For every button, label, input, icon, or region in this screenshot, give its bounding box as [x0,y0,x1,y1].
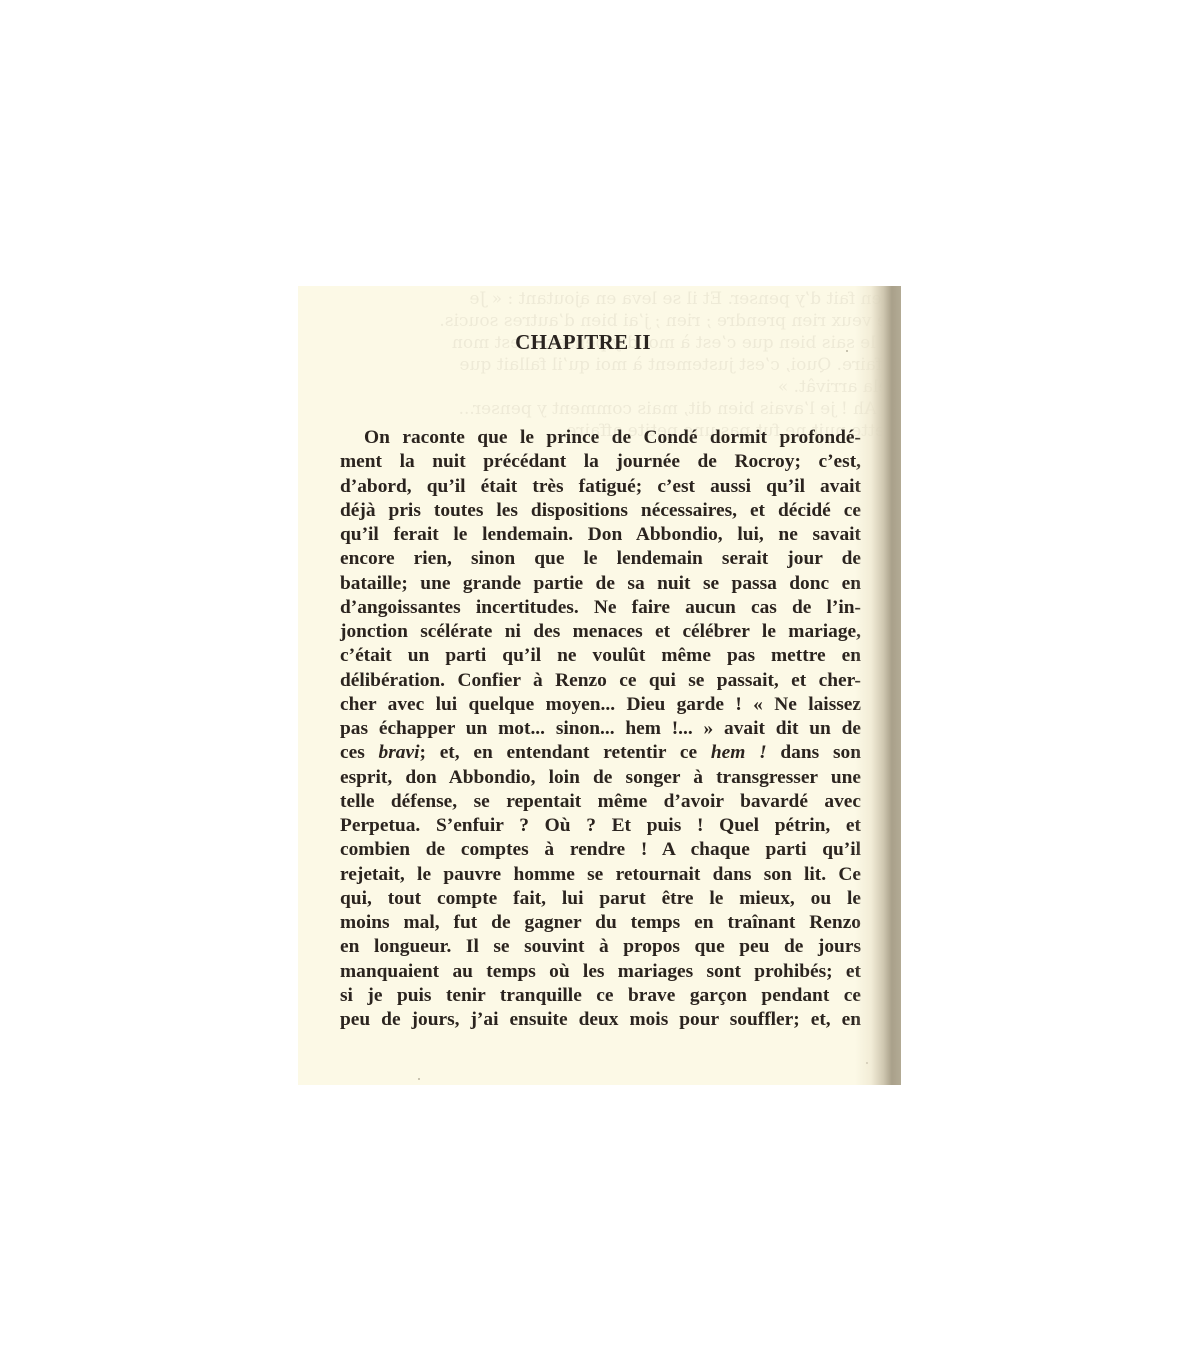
text-line: encore rien, sinon que le lendemain sera… [340,547,861,571]
book-page: bien fait d’y penser. Et il se leva en a… [298,286,901,1085]
show-through-line: bien fait d’y penser. Et il se leva en a… [469,289,898,309]
text-line: Perpetua. S’enfuir ? Où ? Et puis ! Quel… [340,814,861,838]
text-line: délibération. Confier à Renzo ce qui se … [340,669,861,693]
text-line: cher avec lui quelque moyen... Dieu gard… [340,693,861,717]
show-through-line: affaire. Quoi, c’est justement à moi qu’… [459,355,898,375]
page-edge-shadow [855,286,901,1085]
text-line: en longueur. Il se souvint à propos que … [340,935,861,959]
text-line: manquaient au temps où les mariages sont… [340,960,861,984]
text-line: si je puis tenir tranquille ce brave gar… [340,984,861,1008]
text-line: ment la nuit précédant la journée de Roc… [340,450,861,474]
text-line: combien de comptes à rendre ! A chaque p… [340,838,861,862]
text-line: moins mal, fut de gagner du temps en tra… [340,911,861,935]
text-line: On raconte que le prince de Condé dormit… [340,426,861,450]
text-line: qu’il ferait le lendemain. Don Abbondio,… [340,523,861,547]
text-line: telle défense, se repentait même d’avoir… [340,790,861,814]
italic-word: hem ! [711,742,767,763]
show-through-text: bien fait d’y penser. Et il se leva en a… [338,288,898,442]
text-line: rejetait, le pauvre homme se retournait … [340,863,861,887]
text-fragment: ; et, en entendant retentir ce [419,742,710,763]
text-line: déjà pris toutes les dispositions nécess… [340,499,861,523]
text-line: bataille; une grande partie de sa nuit s… [340,572,861,596]
text-line-with-italics: ces bravi; et, en entendant retentir ce … [340,741,861,765]
text-line: qui, tout compte fait, lui parut être le… [340,887,861,911]
text-fragment: ces [340,742,379,763]
paper-speck [418,1078,420,1080]
text-line: pas échapper un mot... sinon... hem !...… [340,717,861,741]
text-line: d’angoissantes incertitudes. Ne faire au… [340,596,861,620]
show-through-line: Ah ! je l’avais bien dit, mais comment y… [459,399,898,419]
show-through-line: ne veux rien prendre ; rien ; j’ai bien … [439,311,898,331]
text-fragment: dans son [767,742,861,763]
chapter-paragraph: On raconte que le prince de Condé dormit… [340,426,861,1032]
chapter-title: CHAPITRE II [298,330,868,355]
text-line: jonction scélérate ni des menaces et cél… [340,620,861,644]
text-line: esprit, don Abbondio, loin de songer à t… [340,766,861,790]
text-line: d’abord, qu’il était très fatigué; c’est… [340,475,861,499]
text-line: peu de jours, j’ai ensuite deux mois pou… [340,1008,861,1032]
text-line: c’était un parti qu’il ne voulût même pa… [340,644,861,668]
paper-speck [846,350,848,352]
italic-word: bravi [379,742,420,763]
